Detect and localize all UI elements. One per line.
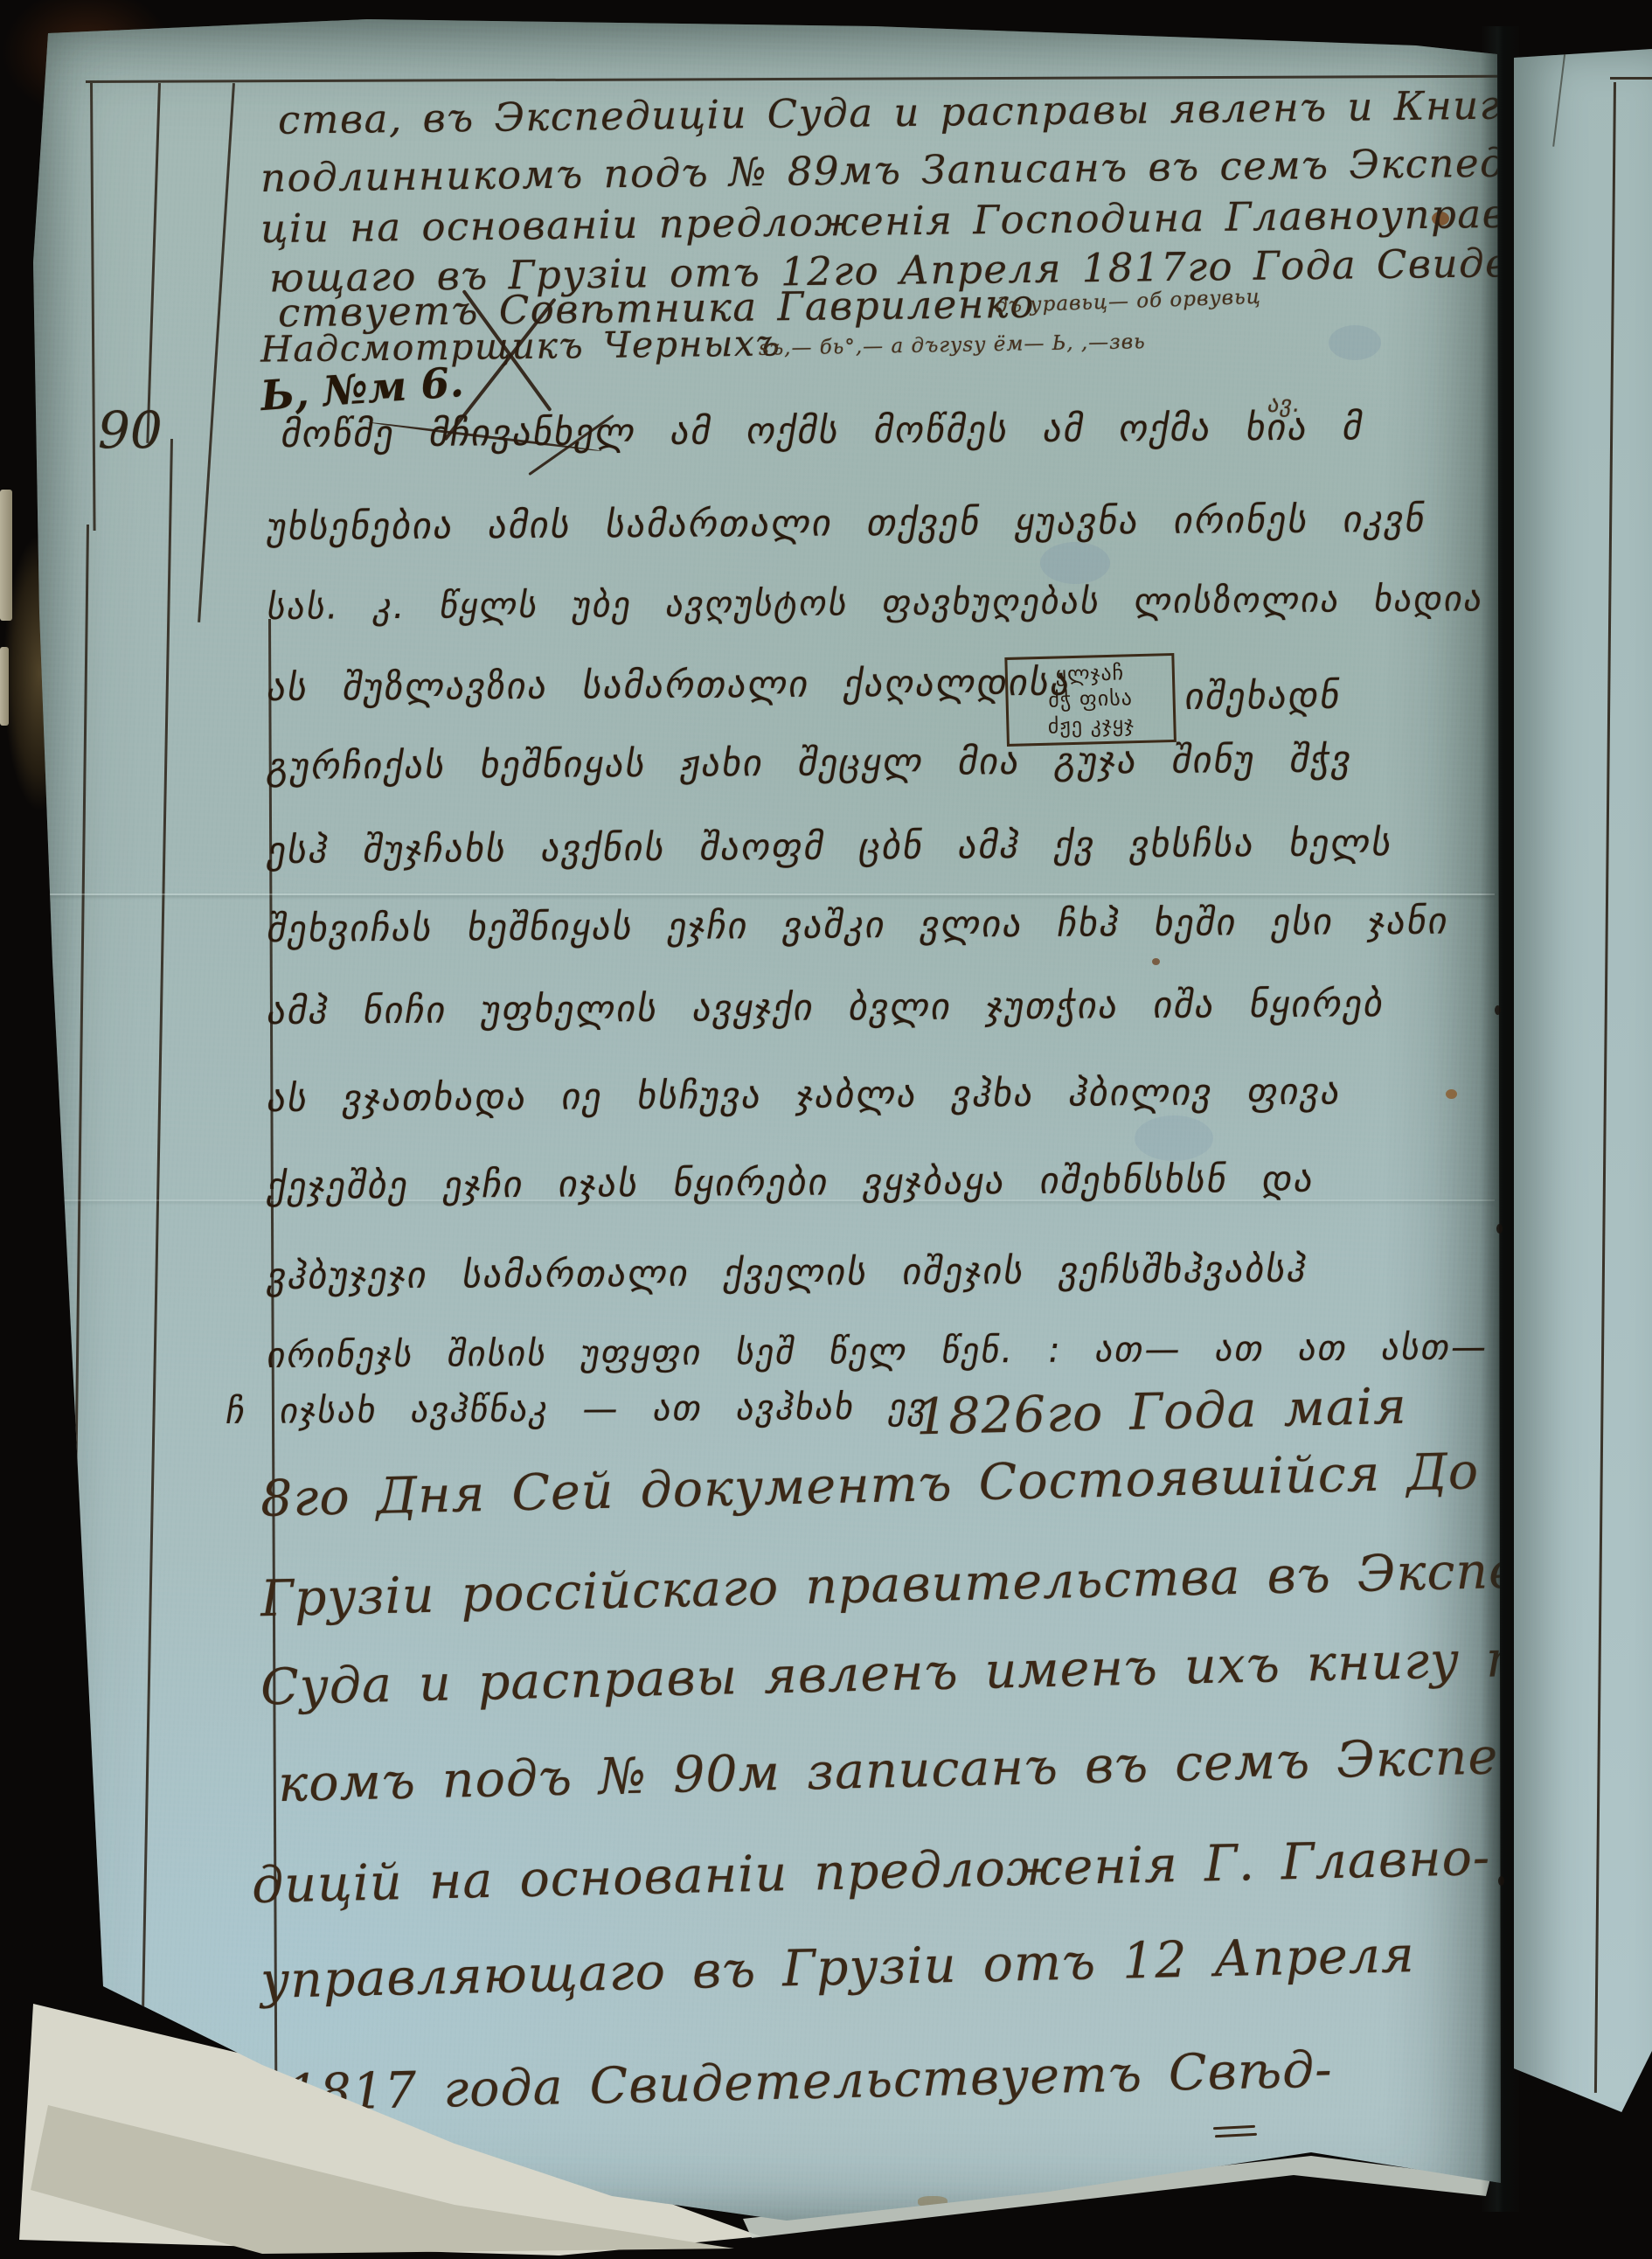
main-page: 90 ства, въ Экспедиціи Суда и расправы я… [26,17,1512,2242]
georgian-superscript: ავ. [1266,392,1303,418]
margin-line-3 [198,83,234,622]
russian-text-line: ства, въ Экспедиціи Суда и расправы явле… [278,81,1525,142]
seal-box: ყლჯაჩ ძჭ ფისა ძჟე კჯყჯ [1004,653,1177,747]
margin-line-1 [90,83,95,531]
ink-smudge [1040,542,1110,584]
margin-line-2 [146,83,160,443]
terminal-dash [1215,2133,1257,2138]
seal-box-line: ძჟე კჯყჯ [1016,711,1167,740]
ink-smudge [1135,1116,1213,1161]
margin-line-1 [66,525,88,2166]
manuscript-scan: 90 ства, въ Экспедиціи Суда и расправы я… [0,0,1652,2259]
stitch-hole [1495,1005,1501,1015]
margin-line-2 [138,439,172,2180]
russian-text-line: Грузіи россійскаго правительства въ Эксп… [260,1539,1652,1629]
georgian-text-line: ამჰ ნიჩი უფხელის ავყჯქი ბვლი ჯუთჭია იშა … [264,982,1388,1032]
facing-frame-rule-top [1610,77,1652,80]
page-edge-sliver [0,490,12,621]
russian-date: 1826го Года маія [915,1378,1407,1447]
georgian-text-line: მოწმე მჩივანხელ ამ ოქმს მოწმეს ამ ოქმა ხ… [278,405,1368,455]
rust-speck [1152,958,1160,965]
georgian-text-line: ქეჯეშბე ეჯჩი იჯას ნყირები ვყჯბაყა იშეხნს… [264,1157,1318,1207]
seal-box-line: ყლჯაჩ [1015,659,1166,689]
georgian-text-line: ესჰ შუჯჩახს ავქნის შაოფმ ცბნ ამჰ ქვ ვხსჩ… [264,821,1397,872]
georgian-text-line: ვჰბუჯეჯი სამართალი ქველის იშეჯის ვეჩსშხჰ… [264,1248,1311,1297]
georgian-text-line: უხსენებია ამის სამართალი თქვენ ყუავნა ირ… [264,497,1430,548]
seal-box-line: ძჭ ფისა [1015,685,1166,714]
russian-text-line: Надсмотрщикъ Черныхъ [260,322,781,370]
stitch-hole [1498,1876,1504,1886]
interlinear-note: ѕъ,— бь°,— а дъгуѕу ём— Ь, ,—звь [759,330,1146,360]
facing-margin-line [1594,82,1616,2093]
paper-crack [1552,49,1566,146]
georgian-text-line: სას. კ. წყლს უბე ავღუსტოს ფავხუღებას ლის… [264,579,1487,628]
russian-text-line: дицій на основаніи предложенія Г. Главно… [251,1829,1490,1915]
georgian-text-line: გურჩიქას ხეშნიყას ჟახი შეცყლ მია გუჯა ში… [264,737,1357,788]
rust-speck [1446,1089,1457,1099]
georgian-date-fragment: ჩ იჯსახ ავჰწნაკ — ათ ავჰხახ ევ [223,1387,932,1432]
georgian-text-line: ას ვჯათხადა იე ხსჩუვა ჯაბლა ვჰხა ჰბილივ … [264,1069,1345,1120]
folio-number: 90 [98,400,163,460]
russian-text-line: Суда и расправы явленъ именъ ихъ книгу п… [260,1624,1652,1716]
russian-text-line: комъ подъ № 90м записанъ въ семъ Экспе- [277,1727,1517,1813]
georgian-text-line: შეხვიჩას ხეშნიყას ეჯჩი ვაშკი ვლია ჩხჰ ხე… [264,900,1453,950]
fold-crease [35,893,1495,895]
stitch-hole [1496,1224,1503,1234]
page-edge-sliver [0,647,9,726]
facing-page [1514,49,1652,2151]
frame-rule-top [86,75,1497,83]
georgian-text-line: ირინეჯს შისის უფყფი სეშ წელ წენ. : ათ— ა… [264,1327,1491,1376]
georgian-text-line: ას შუზლავზია სამართალი ქაღალდისა [264,661,1075,709]
russian-text-line: 1817 года Свидетельствуетъ Свѣд- [286,2040,1333,2122]
russian-text-line: управляющаго въ Грузіи отъ 12 Апреля [260,1926,1415,2010]
terminal-dash [1213,2125,1255,2130]
georgian-text-line: იშეხადნ [1182,674,1345,718]
russian-text-line: 8го Дня Сей документъ Состоявшійся До от… [260,1435,1652,1528]
ink-smudge [1329,325,1381,360]
